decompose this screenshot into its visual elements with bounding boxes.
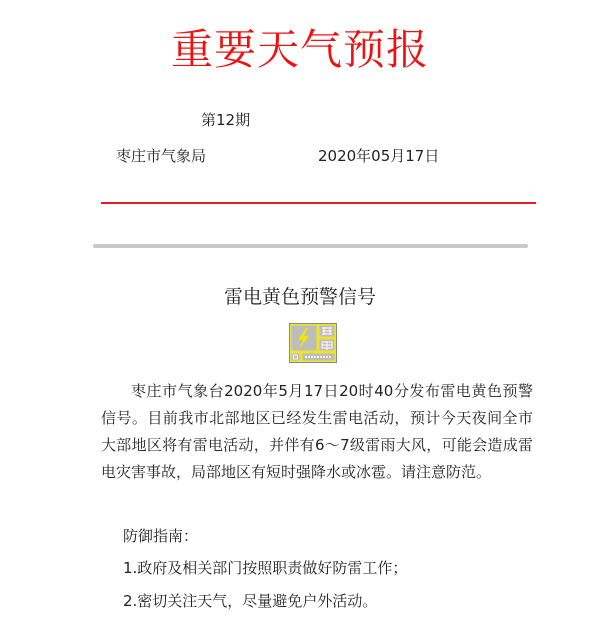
warning-body-paragraph: 枣庄市气象台2020年5月17日20时40分发布雷电黄色预警信号。目前我市北部地… — [101, 378, 533, 486]
defense-guide-heading: 防御指南： — [123, 525, 198, 547]
header-divider — [101, 202, 536, 204]
defense-guide-item: 2.密切关注天气，尽量避免户外活动。 — [123, 590, 377, 612]
issuing-agency: 枣庄市气象局 — [116, 146, 206, 166]
thunder-yellow-warning-icon — [289, 323, 337, 363]
issue-date: 2020年05月17日 — [318, 146, 439, 166]
issue-number: 第12期 — [201, 110, 250, 130]
defense-guide-item: 1.政府及相关部门按照职责做好防雷工作； — [123, 557, 407, 579]
warning-signal-title: 雷电黄色预警信号 — [0, 284, 600, 310]
section-divider — [93, 244, 528, 248]
document-title: 重要天气预报 — [0, 22, 600, 78]
